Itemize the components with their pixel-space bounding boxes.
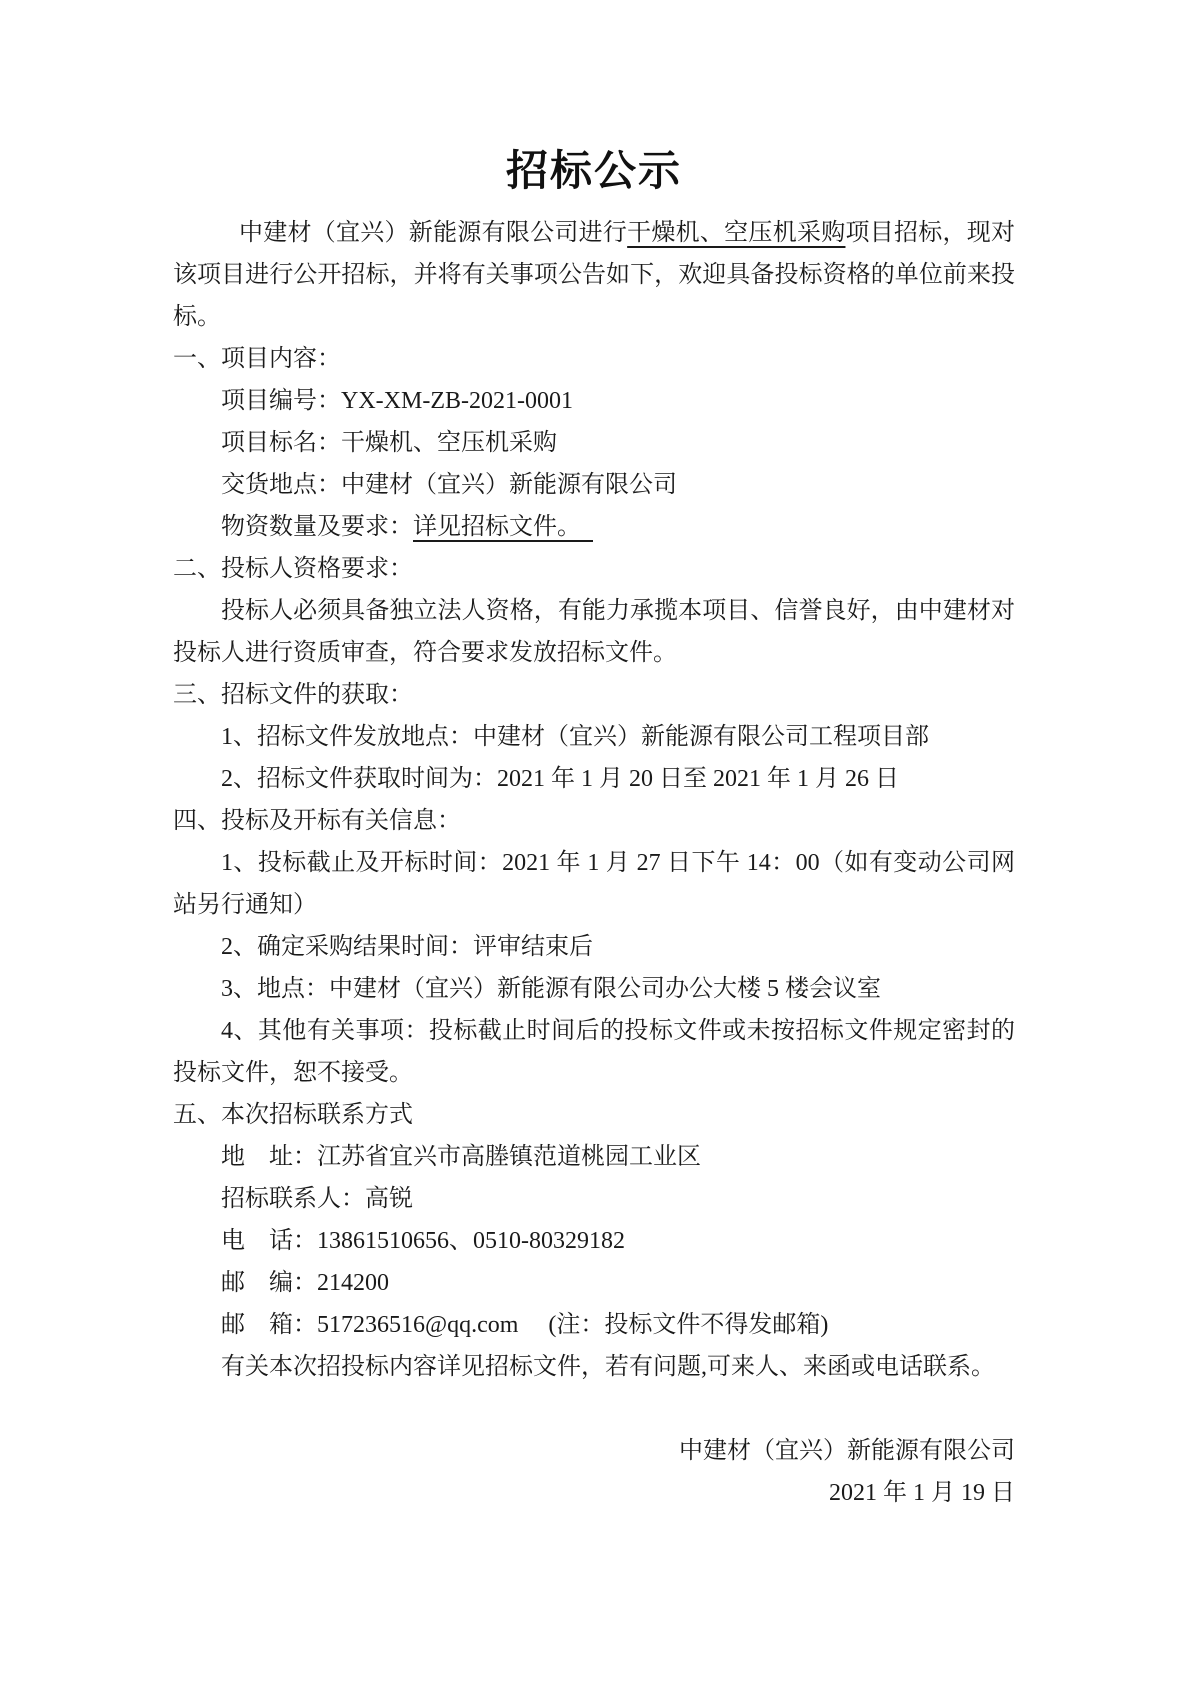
section4-item4: 4、其他有关事项：投标截止时间后的投标文件或未按招标文件规定密封的投标文件，恕不… xyxy=(173,1010,1015,1094)
intro-underlined-text: 干燥机、空压机采购 xyxy=(627,220,845,246)
address-line: 地 址：江苏省宜兴市高塍镇范道桃园工业区 xyxy=(173,1136,1015,1178)
delivery-location-line: 交货地点：中建材（宜兴）新能源有限公司 xyxy=(173,464,1015,506)
page-title: 招标公示 xyxy=(173,140,1015,202)
quantity-requirements-line: 物资数量及要求：详见招标文件。 xyxy=(173,506,1015,548)
section5-heading: 五、本次招标联系方式 xyxy=(173,1094,1015,1136)
document-page: 招标公示 中建材（宜兴）新能源有限公司进行干燥机、空压机采购项目招标，现对该项目… xyxy=(0,0,1191,1684)
section4-item3: 3、地点：中建材（宜兴）新能源有限公司办公大楼 5 楼会议室 xyxy=(173,968,1015,1010)
section2-heading: 二、投标人资格要求： xyxy=(173,548,1015,590)
signature-date: 2021 年 1 月 19 日 xyxy=(173,1472,1015,1514)
signature-company: 中建材（宜兴）新能源有限公司 xyxy=(173,1430,1015,1472)
document-body: 中建材（宜兴）新能源有限公司进行干燥机、空压机采购项目招标，现对该项目进行公开招… xyxy=(173,212,1015,1514)
section3-item2: 2、招标文件获取时间为：2021 年 1 月 20 日至 2021 年 1 月 … xyxy=(173,758,1015,800)
intro-text-before: 中建材（宜兴）新能源有限公司进行 xyxy=(239,220,627,246)
project-number-line: 项目编号：YX-XM-ZB-2021-0001 xyxy=(173,380,1015,422)
section4-item2: 2、确定采购结果时间：评审结束后 xyxy=(173,926,1015,968)
signature-block: 中建材（宜兴）新能源有限公司 2021 年 1 月 19 日 xyxy=(173,1430,1015,1514)
closing-line: 有关本次招投标内容详见招标文件，若有问题,可来人、来函或电话联系。 xyxy=(173,1346,1015,1388)
section1-heading: 一、项目内容： xyxy=(173,338,1015,380)
section3-heading: 三、招标文件的获取： xyxy=(173,674,1015,716)
quantity-label: 物资数量及要求： xyxy=(221,514,413,540)
section2-body-paragraph: 投标人必须具备独立法人资格，有能力承揽本项目、信誉良好，由中建材对投标人进行资质… xyxy=(173,590,1015,674)
quantity-underlined-text: 详见招标文件。 xyxy=(413,514,593,540)
postcode-line: 邮 编：214200 xyxy=(173,1262,1015,1304)
phone-line: 电 话：13861510656、0510-80329182 xyxy=(173,1220,1015,1262)
project-name-line: 项目标名：干燥机、空压机采购 xyxy=(173,422,1015,464)
section3-item1: 1、招标文件发放地点：中建材（宜兴）新能源有限公司工程项目部 xyxy=(173,716,1015,758)
section4-item1: 1、投标截止及开标时间：2021 年 1 月 27 日下午 14：00（如有变动… xyxy=(173,842,1015,926)
intro-paragraph: 中建材（宜兴）新能源有限公司进行干燥机、空压机采购项目招标，现对该项目进行公开招… xyxy=(173,212,1015,338)
contact-person-line: 招标联系人：高锐 xyxy=(173,1178,1015,1220)
email-line: 邮 箱：517236516@qq.com (注：投标文件不得发邮箱) xyxy=(173,1304,1015,1346)
section4-heading: 四、投标及开标有关信息： xyxy=(173,800,1015,842)
